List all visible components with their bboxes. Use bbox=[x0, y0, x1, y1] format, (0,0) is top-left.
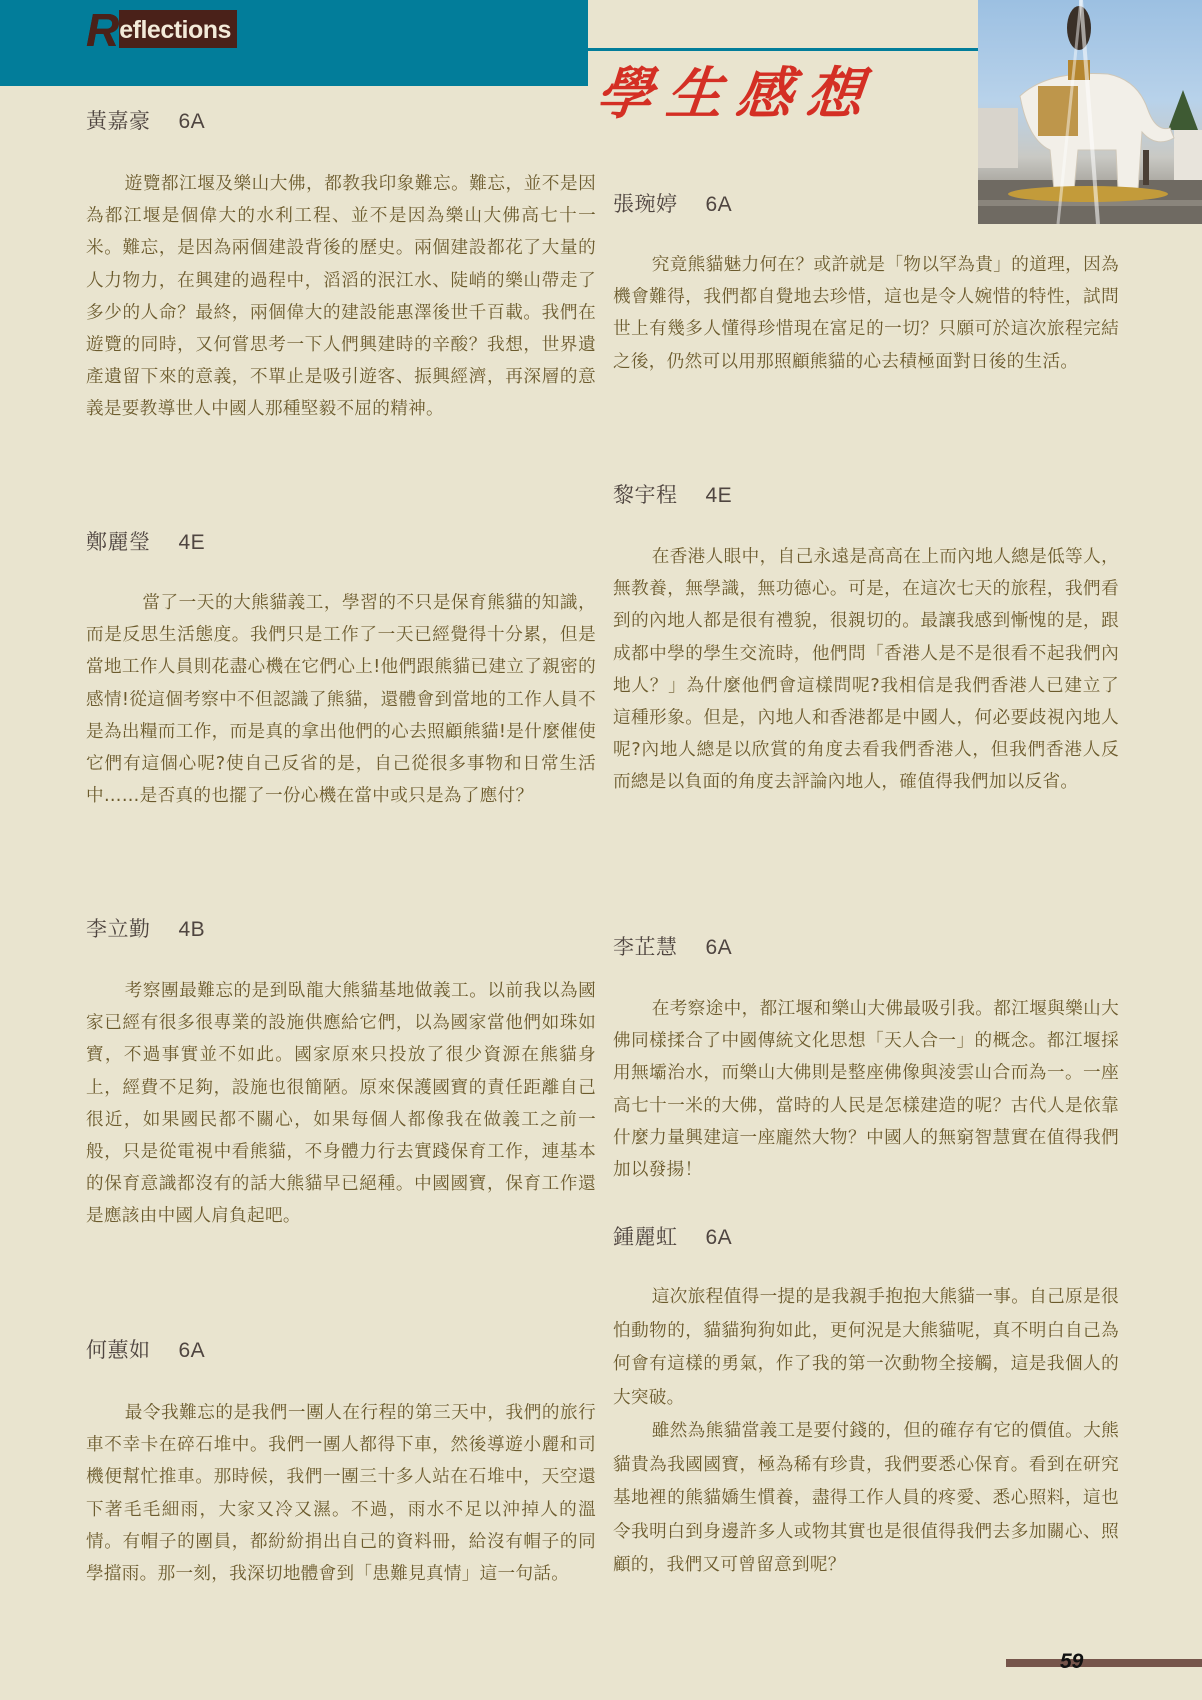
paragraph: 雖然為熊貓當義工是要付錢的，但的確存有它的價值。大熊貓貴為我國國寶，極為稀有珍貴… bbox=[613, 1415, 1119, 1583]
name-text: 何蕙如 bbox=[86, 1338, 151, 1362]
reflection-text-5: 在香港人眼中，自己永遠是高高在上而內地人總是低等人，無教養，無學識，無功德心。可… bbox=[613, 541, 1119, 799]
class-label: 4E bbox=[179, 531, 206, 554]
name-text: 鍾麗虹 bbox=[613, 1225, 678, 1249]
student-name-4: 張琬婷6A bbox=[613, 188, 732, 218]
class-label: 6A bbox=[179, 110, 206, 133]
paragraph: 在考察途中，都江堰和樂山大佛最吸引我。都江堰與樂山大佛同樣揉合了中國傳統文化思想… bbox=[613, 993, 1119, 1186]
elephant-statue-photo bbox=[978, 0, 1202, 224]
reflections-logo: R eflections bbox=[88, 10, 237, 48]
student-name-5: 黎宇程4E bbox=[613, 479, 732, 509]
reflection-text-2: 考察團最難忘的是到臥龍大熊貓基地做義工。以前我以為國家已經有很多很專業的設施供應… bbox=[86, 975, 596, 1233]
elephant-image-icon bbox=[978, 0, 1202, 224]
reflection-text-1: 當了一天的大熊貓義工，學習的不只是保育熊貓的知識，而是反思生活態度。我們只是工作… bbox=[86, 587, 596, 812]
class-label: 6A bbox=[179, 1339, 206, 1362]
class-label: 4E bbox=[706, 484, 733, 507]
class-label: 6A bbox=[706, 193, 733, 216]
student-name-3: 何蕙如6A bbox=[86, 1334, 205, 1364]
student-name-1: 鄭麗瑩4E bbox=[86, 526, 205, 556]
page-title: 學生感想 bbox=[593, 50, 881, 130]
student-name-0: 黃嘉豪6A bbox=[86, 105, 205, 135]
paragraph: 最令我難忘的是我們一團人在行程的第三天中，我們的旅行車不幸卡在碎石堆中。我們一團… bbox=[86, 1397, 596, 1590]
paragraph: 在香港人眼中，自己永遠是高高在上而內地人總是低等人，無教養，無學識，無功德心。可… bbox=[613, 541, 1119, 799]
reflection-text-7: 這次旅程值得一提的是我親手抱抱大熊貓一事。自己原是很怕動物的，貓貓狗狗如此，更何… bbox=[613, 1281, 1119, 1583]
paragraph: 考察團最難忘的是到臥龍大熊貓基地做義工。以前我以為國家已經有很多很專業的設施供應… bbox=[86, 975, 596, 1233]
name-text: 李立勤 bbox=[86, 917, 151, 941]
class-label: 6A bbox=[706, 1226, 733, 1249]
class-label: 6A bbox=[706, 936, 733, 959]
paragraph: 遊覽都江堰及樂山大佛，都教我印象難忘。難忘，並不是因為都江堰是個偉大的水利工程、… bbox=[86, 168, 596, 426]
name-text: 鄭麗瑩 bbox=[86, 530, 151, 554]
reflection-text-4: 究竟熊貓魅力何在？或許就是「物以罕為貴」的道理，因為機會難得，我們都自覺地去珍惜… bbox=[613, 249, 1119, 378]
name-text: 黃嘉豪 bbox=[86, 109, 151, 133]
reflection-text-3: 最令我難忘的是我們一團人在行程的第三天中，我們的旅行車不幸卡在碎石堆中。我們一團… bbox=[86, 1397, 596, 1590]
paragraph: 究竟熊貓魅力何在？或許就是「物以罕為貴」的道理，因為機會難得，我們都自覺地去珍惜… bbox=[613, 249, 1119, 378]
reflection-text-0: 遊覽都江堰及樂山大佛，都教我印象難忘。難忘，並不是因為都江堰是個偉大的水利工程、… bbox=[86, 168, 596, 426]
name-text: 張琬婷 bbox=[613, 192, 678, 216]
logo-initial: R bbox=[84, 10, 119, 50]
reflection-text-6: 在考察途中，都江堰和樂山大佛最吸引我。都江堰與樂山大佛同樣揉合了中國傳統文化思想… bbox=[613, 993, 1119, 1186]
student-name-7: 鍾麗虹6A bbox=[613, 1221, 732, 1251]
page-number: 59 bbox=[1060, 1650, 1083, 1674]
student-name-2: 李立勤4B bbox=[86, 913, 205, 943]
student-name-6: 李芷慧6A bbox=[613, 931, 732, 961]
paragraph: 這次旅程值得一提的是我親手抱抱大熊貓一事。自己原是很怕動物的，貓貓狗狗如此，更何… bbox=[613, 1281, 1119, 1415]
logo-text: eflections bbox=[119, 12, 231, 48]
class-label: 4B bbox=[179, 918, 206, 941]
paragraph: 當了一天的大熊貓義工，學習的不只是保育熊貓的知識，而是反思生活態度。我們只是工作… bbox=[86, 587, 596, 812]
page-number-bar bbox=[1006, 1659, 1202, 1667]
name-text: 黎宇程 bbox=[613, 483, 678, 507]
name-text: 李芷慧 bbox=[613, 935, 678, 959]
